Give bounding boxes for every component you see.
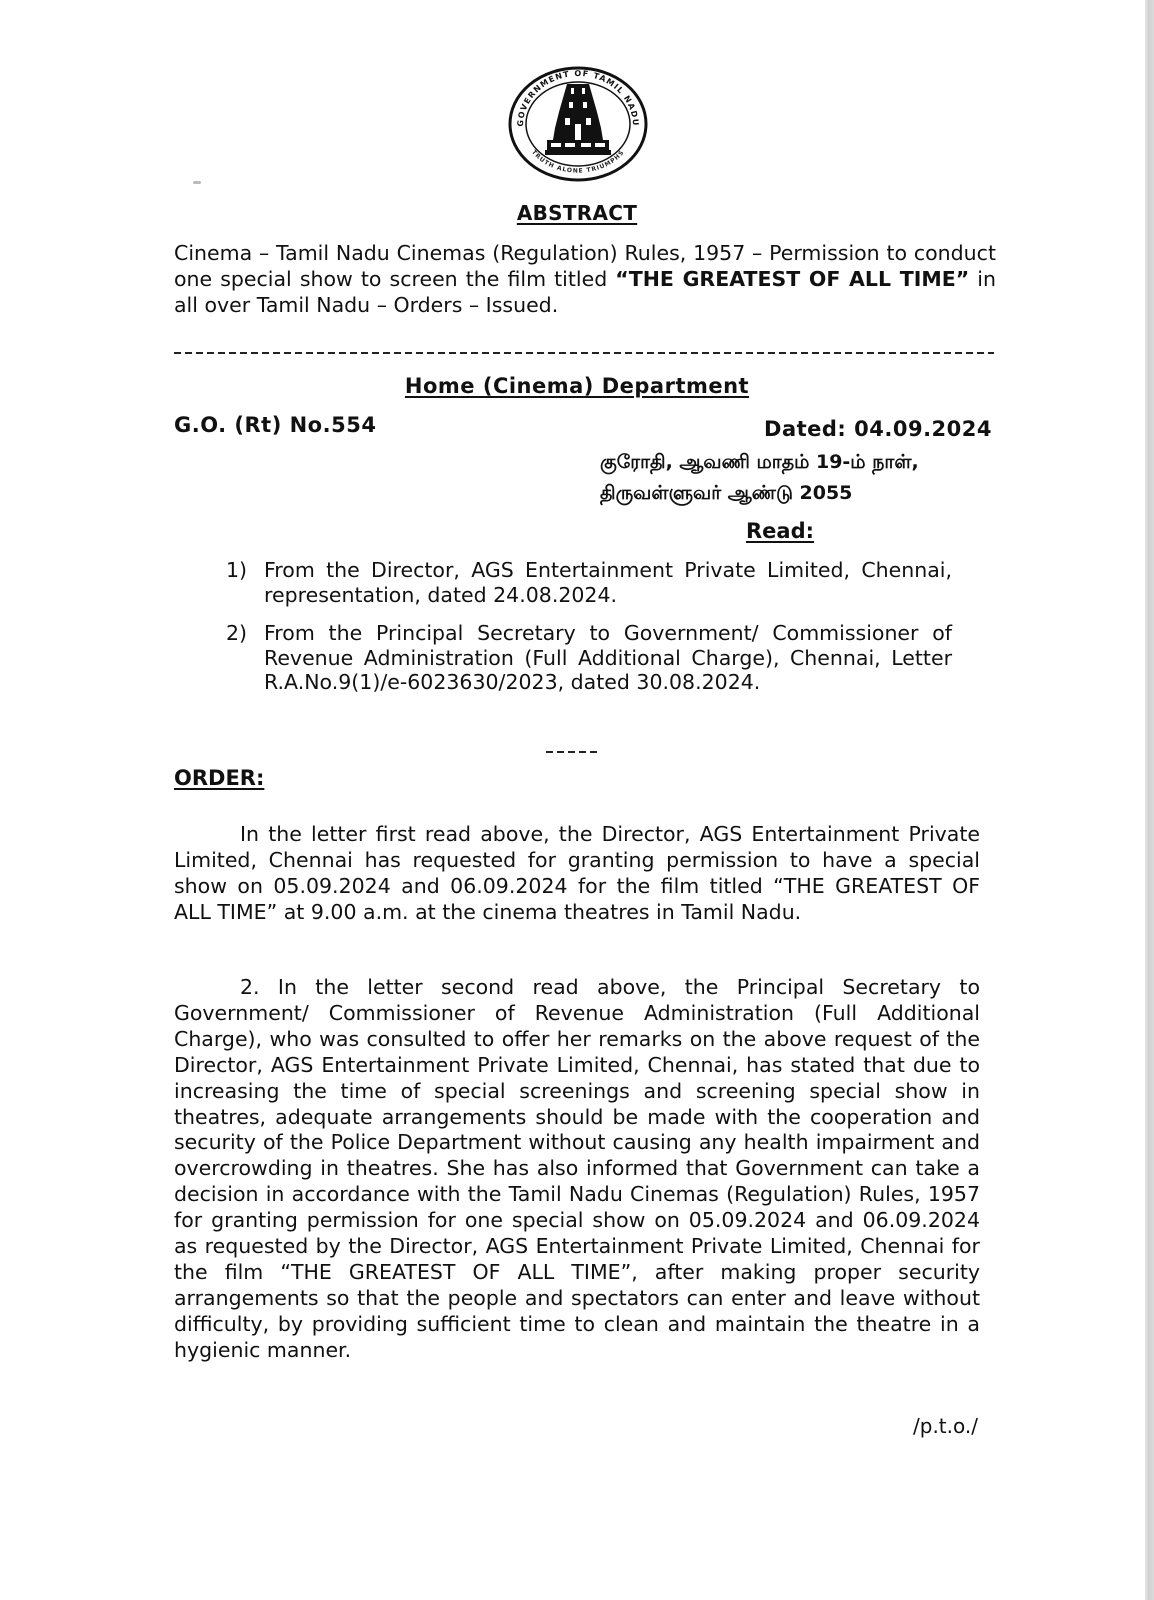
tamil-nadu-government-emblem-icon: GOVERNMENT OF TAMIL NADU TRUTH ALONE TRI… — [505, 62, 651, 184]
reference-text: From the Principal Secretary to Governme… — [264, 621, 952, 695]
order-heading: ORDER: — [174, 766, 264, 790]
references-list: 1) From the Director, AGS Entertainment … — [226, 558, 952, 709]
reference-number: 2) — [226, 621, 264, 695]
short-dashed-divider — [546, 751, 598, 753]
read-label: Read: — [746, 519, 814, 543]
go-number: G.O. (Rt) No.554 — [174, 413, 376, 437]
tamil-date-line-2: திருவள்ளுவர் ஆண்டு 2055 — [600, 482, 852, 507]
department-heading: Home (Cinema) Department — [0, 374, 1154, 398]
reference-number: 1) — [226, 558, 264, 607]
page-edge — [1145, 0, 1154, 1600]
scan-speck — [193, 181, 201, 184]
reference-item: 1) From the Director, AGS Entertainment … — [226, 558, 952, 607]
page-turn-over-note: /p.t.o./ — [913, 1414, 978, 1438]
document-heading: ABSTRACT — [0, 201, 1154, 225]
abstract-summary: Cinema – Tamil Nadu Cinemas (Regulation)… — [174, 240, 996, 318]
order-paragraph-1: In the letter first read above, the Dire… — [174, 822, 980, 926]
reference-item: 2) From the Principal Secretary to Gover… — [226, 621, 952, 695]
dashed-divider — [174, 352, 994, 354]
tamil-date-line-1: குரோதி, ஆவணி மாதம் 19-ம் நாள், — [600, 451, 919, 476]
order-date: Dated: 04.09.2024 — [764, 417, 992, 441]
order-paragraph-2: 2. In the letter second read above, the … — [174, 975, 980, 1364]
film-title: “THE GREATEST OF ALL TIME” — [615, 267, 969, 291]
government-emblem: GOVERNMENT OF TAMIL NADU TRUTH ALONE TRI… — [505, 62, 651, 184]
reference-text: From the Director, AGS Entertainment Pri… — [264, 558, 952, 607]
